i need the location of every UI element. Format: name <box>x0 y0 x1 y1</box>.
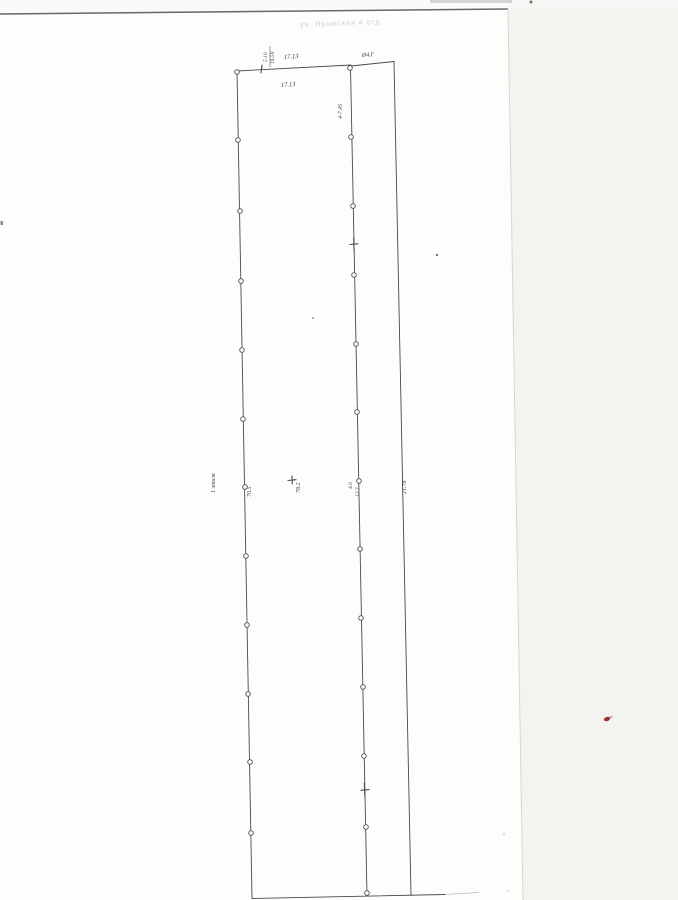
middle-line-station-cross-lower <box>361 790 369 791</box>
survey-point <box>249 831 254 836</box>
scan-drawing-surface: уч. Яромская 4 отд. 5.10 16.50 17.13 17.… <box>0 0 678 900</box>
red-mark-halo <box>609 716 612 718</box>
annotation-elevation-center: 78.2 <box>296 483 302 494</box>
survey-point <box>241 417 246 422</box>
survey-point <box>354 342 359 347</box>
survey-point <box>248 760 253 765</box>
survey-point <box>362 754 367 759</box>
scanner-background <box>508 9 678 900</box>
annotation-dim-mid-a: 4.0 <box>347 482 354 489</box>
survey-point <box>349 135 354 140</box>
annotation-depth-top-right: 4-7.45 <box>337 104 344 119</box>
survey-point <box>348 66 353 71</box>
survey-point <box>365 891 370 896</box>
annotation-width-top-above: 17.13 <box>284 53 300 61</box>
annotation-offset-top-a: 5.10 <box>263 52 269 62</box>
survey-point <box>244 554 249 559</box>
survey-point <box>351 204 356 209</box>
survey-point <box>358 547 363 552</box>
survey-point <box>246 692 251 697</box>
annotation-dim-mid-b: 12.7 <box>355 487 361 497</box>
speck <box>312 317 314 319</box>
survey-point <box>364 825 369 830</box>
annotation-dim-left-mid: 70.5 <box>247 487 253 498</box>
survey-point <box>236 138 241 143</box>
faint-speck <box>503 833 506 836</box>
survey-point <box>357 479 362 484</box>
speck <box>436 254 438 256</box>
annotation-width-top-below: 17.13 <box>281 81 297 89</box>
middle-line-station-cross-upper <box>350 244 358 245</box>
survey-point <box>235 70 240 75</box>
survey-point <box>352 273 357 278</box>
left-edge-speck <box>1 221 4 225</box>
annotation-dim-right-mid: 21.78 <box>402 481 408 495</box>
annotation-note-left: 1 этаж <box>211 473 217 493</box>
annotation-offset-top-b: 16.50 <box>270 51 276 64</box>
annotation-road-width-top: Ø4.Г <box>361 51 375 59</box>
speck <box>530 1 533 4</box>
faint-speck <box>507 890 509 892</box>
survey-point <box>359 616 364 621</box>
survey-point <box>355 410 360 415</box>
scanned-plan-page: уч. Яромская 4 отд. 5.10 16.50 17.13 17.… <box>0 0 678 900</box>
survey-point <box>361 685 366 690</box>
survey-point <box>239 279 244 284</box>
survey-point <box>245 623 250 628</box>
paper-sheet <box>0 9 523 900</box>
survey-point <box>240 348 245 353</box>
survey-point <box>238 209 243 214</box>
